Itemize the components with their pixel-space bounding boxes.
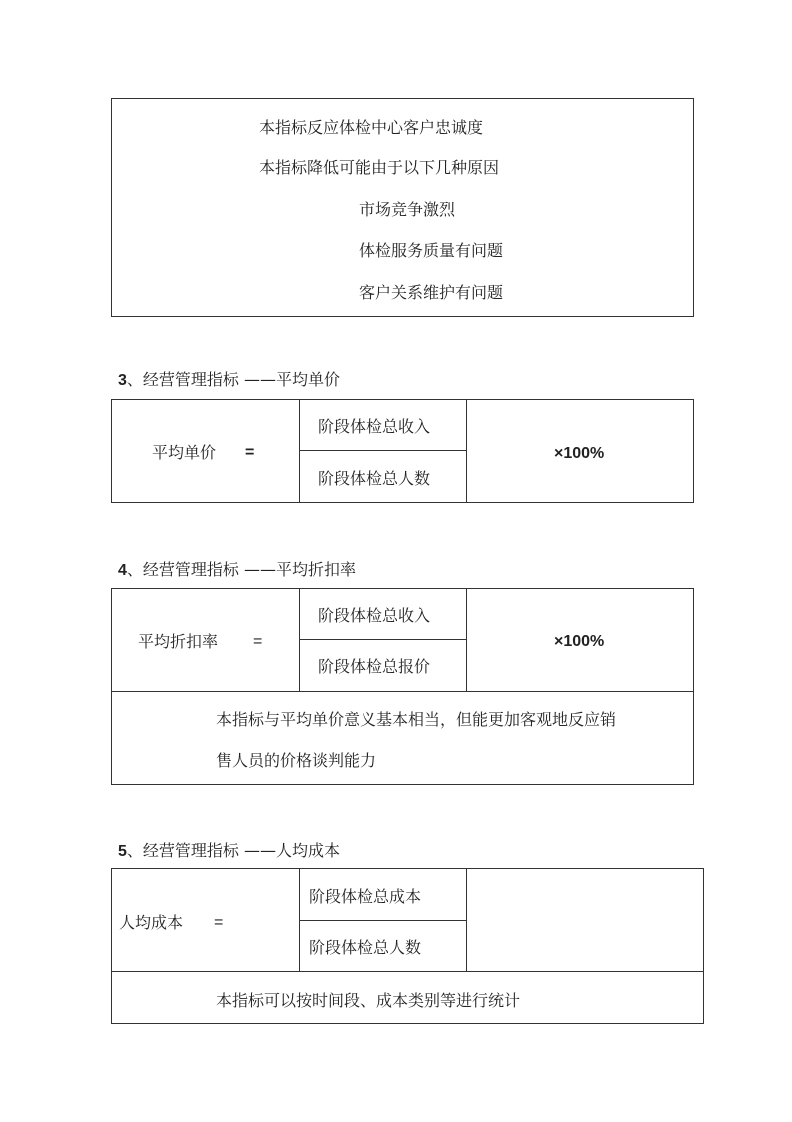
fraction-bar — [299, 920, 466, 921]
note-line: 售人员的价格谈判能力 — [216, 751, 376, 771]
formula-label: 人均成本 — [119, 913, 183, 933]
multiplier: ×100% — [554, 444, 604, 464]
multiplier: ×100% — [554, 632, 604, 652]
denominator: 阶段体检总人数 — [309, 938, 421, 958]
formula-label: 平均折扣率 — [138, 632, 218, 652]
section-number: 3 — [118, 372, 127, 389]
section-number: 4 — [118, 562, 127, 579]
row-divider — [111, 691, 694, 692]
section-3-heading: 3、经营管理指标 ——平均单价 — [118, 370, 340, 391]
note-line: 本指标可以按时间段、成本类别等进行统计 — [216, 991, 520, 1011]
divider — [299, 399, 300, 503]
fraction-bar — [299, 639, 466, 640]
note-line: 体检服务质量有问题 — [359, 241, 503, 261]
divider — [466, 399, 467, 503]
denominator: 阶段体检总报价 — [318, 657, 430, 677]
note-line: 本指标降低可能由于以下几种原因 — [259, 158, 499, 178]
numerator: 阶段体检总收入 — [318, 606, 430, 626]
equals-sign: = — [214, 913, 223, 933]
numerator: 阶段体检总收入 — [318, 417, 430, 437]
section-number: 5 — [118, 843, 127, 860]
note-line: 市场竞争激烈 — [359, 200, 455, 220]
numerator: 阶段体检总成本 — [309, 887, 421, 907]
note-line: 本指标与平均单价意义基本相当，但能更加客观地反应销 — [216, 710, 616, 730]
note-line: 客户关系维护有问题 — [359, 283, 503, 303]
divider — [299, 588, 300, 692]
formula-label: 平均单价 — [152, 443, 216, 463]
divider — [466, 588, 467, 692]
section-title: 、经营管理指标 ——平均折扣率 — [127, 560, 356, 579]
section-title: 、经营管理指标 ——平均单价 — [127, 370, 340, 389]
section-title: 、经营管理指标 ——人均成本 — [127, 841, 340, 860]
equals-sign: = — [245, 443, 254, 463]
fraction-bar — [299, 450, 466, 451]
section-4-heading: 4、经营管理指标 ——平均折扣率 — [118, 560, 356, 581]
row-divider — [111, 971, 704, 972]
divider — [466, 868, 467, 972]
note-line: 本指标反应体检中心客户忠诚度 — [259, 118, 483, 138]
equals-sign: = — [253, 632, 262, 652]
denominator: 阶段体检总人数 — [318, 469, 430, 489]
section-5-heading: 5、经营管理指标 ——人均成本 — [118, 841, 340, 862]
